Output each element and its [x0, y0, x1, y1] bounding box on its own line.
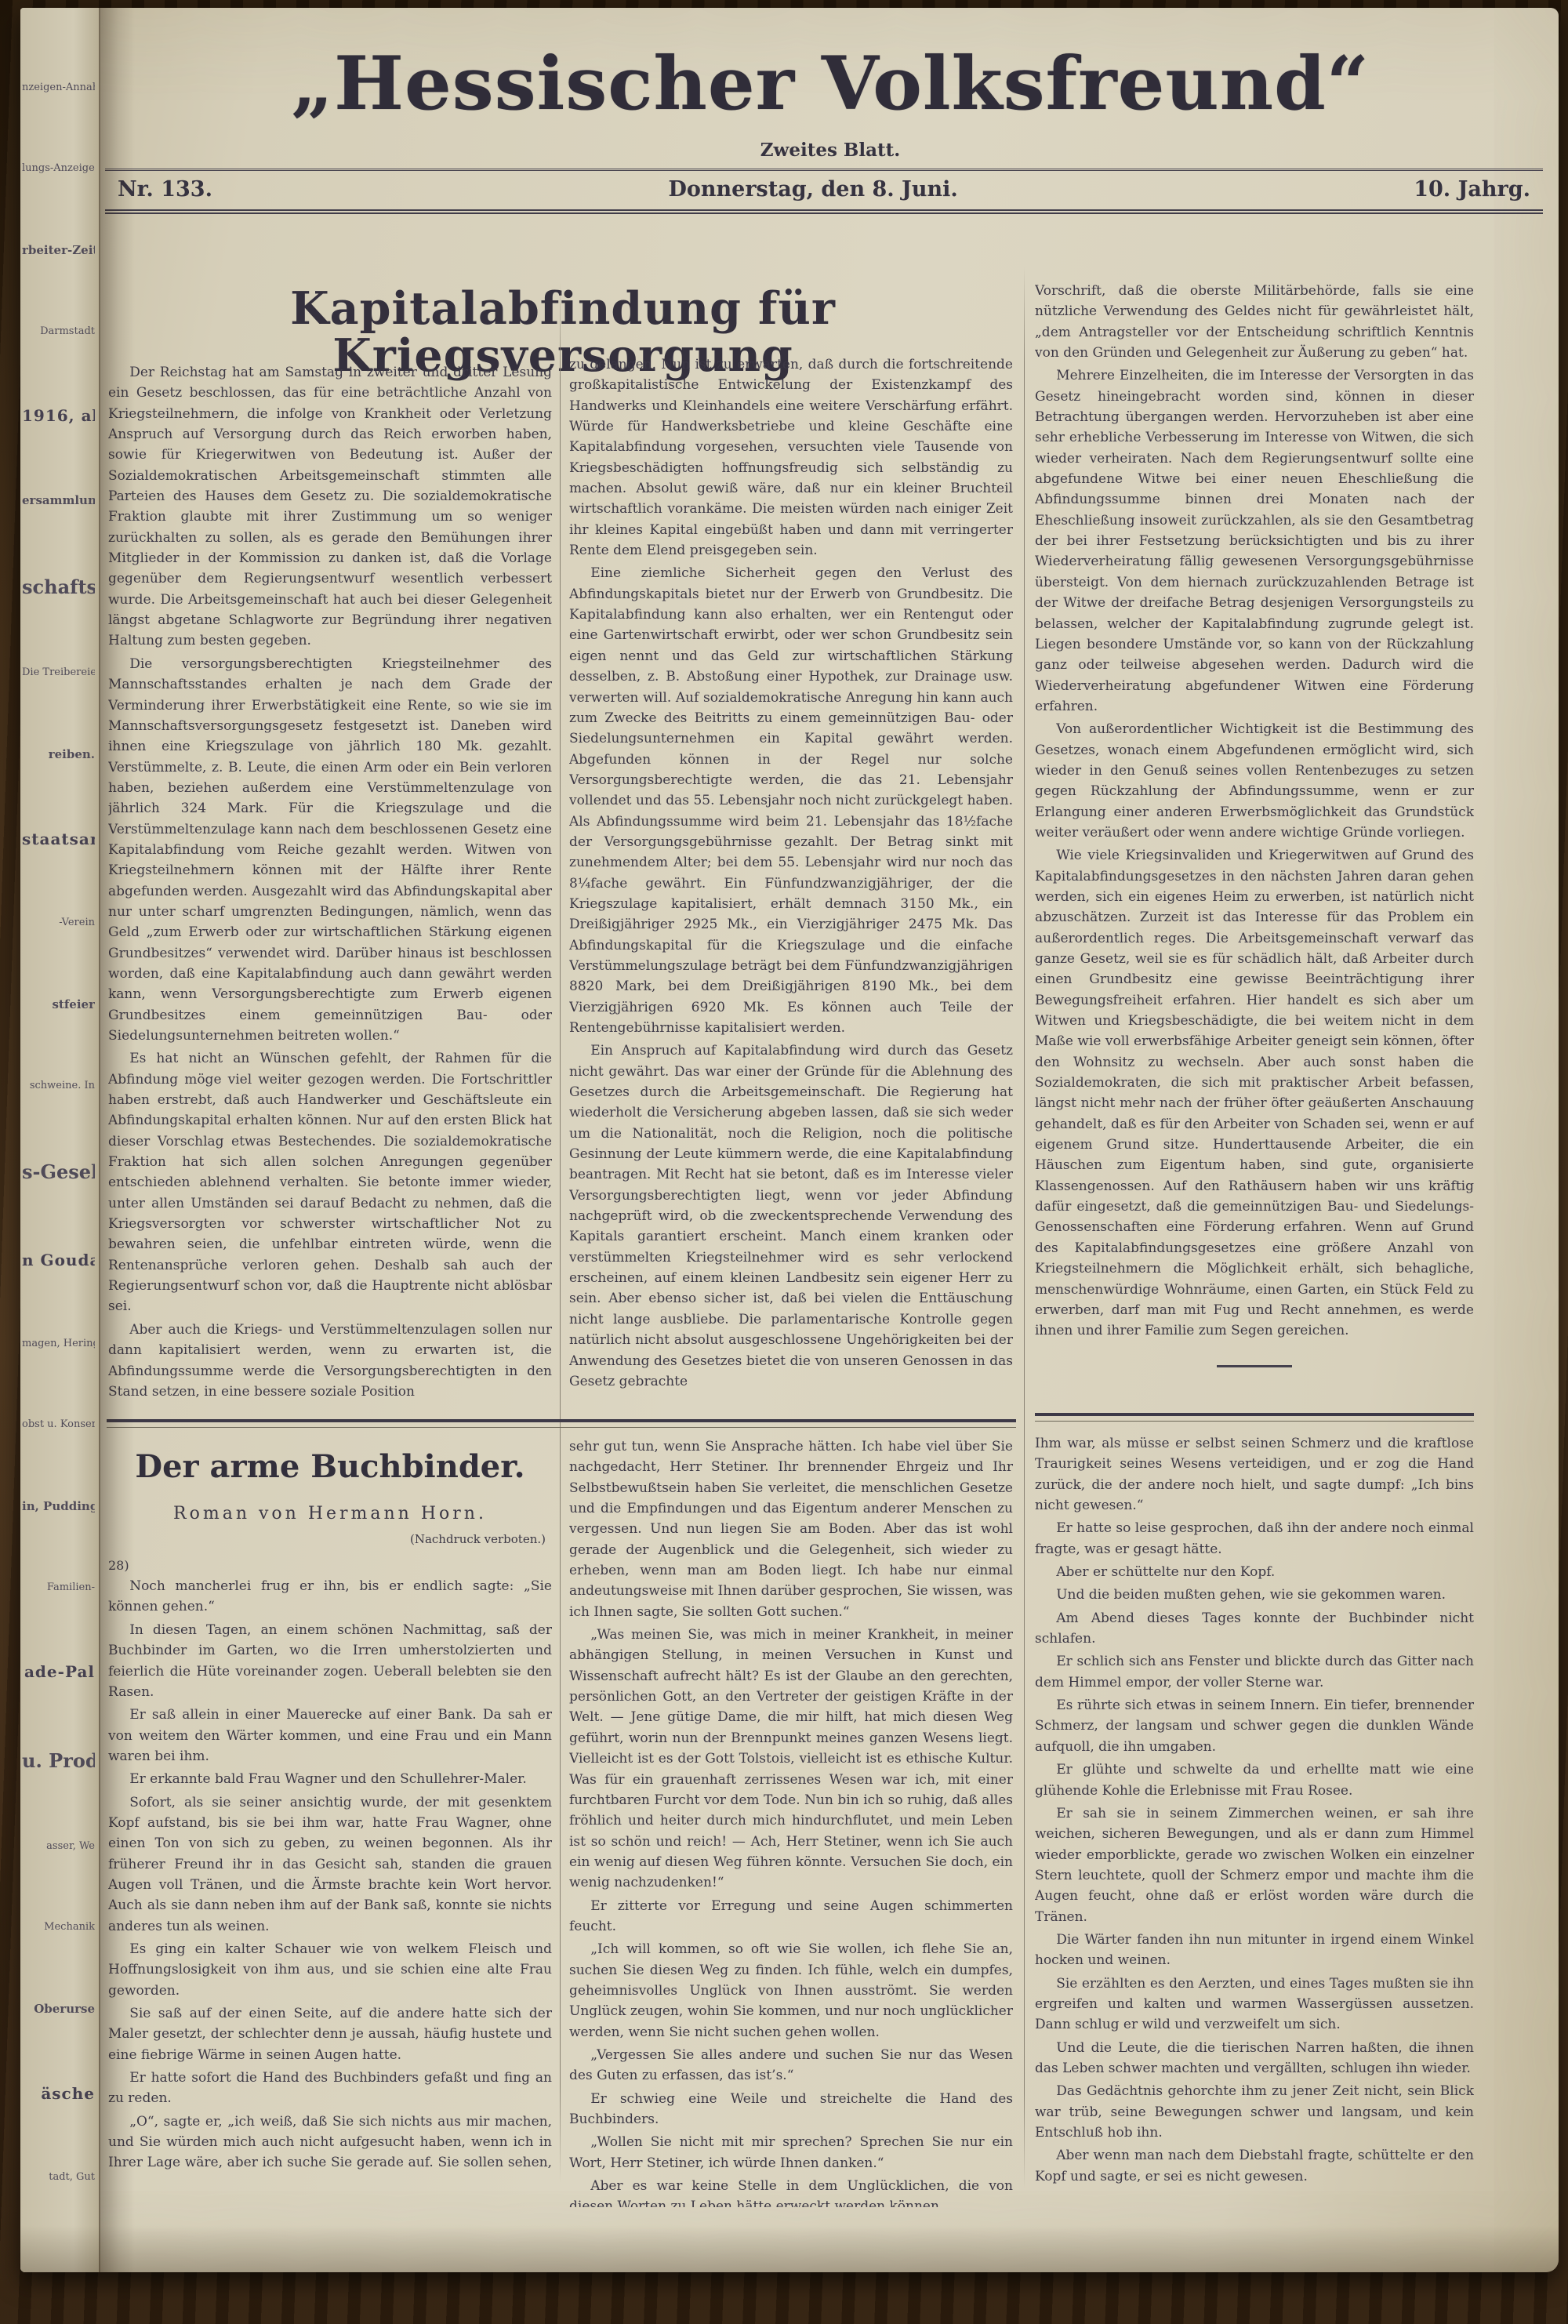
- newspaper-page: nzeigen-Annahmelungs-Anzeigerrbeiter-Zei…: [20, 8, 1559, 2272]
- neighbor-fragment: Oberurse: [22, 2003, 95, 2016]
- installment-number: 28): [108, 1556, 552, 1576]
- feuilleton-paragraph: sehr gut tun, wenn Sie Ansprache hätten.…: [569, 1436, 1013, 1622]
- neighbor-fragment: rbeiter-Zeit: [22, 244, 95, 257]
- feuilleton-paragraph: „Wollen Sie nicht mit mir sprechen? Spre…: [569, 2132, 1013, 2173]
- volume-label: 10. Jahrg.: [1414, 177, 1530, 202]
- neighbor-fragment: s-Gesellschaft: [22, 1161, 95, 1183]
- feuilleton-paragraph: Aber es war keine Stelle in dem Unglückl…: [569, 2176, 1013, 2207]
- feuilleton-separator-left: [107, 1419, 1016, 1428]
- neighbor-fragment: tadt, Gut: [22, 2172, 95, 2184]
- article-paragraph: Wie viele Kriegsinvaliden und Kriegerwit…: [1035, 845, 1474, 1341]
- adjacent-page-fragments: nzeigen-Annahmelungs-Anzeigerrbeiter-Zei…: [20, 8, 99, 2231]
- feuilleton-paragraph: Er hatte so leise gesprochen, daß ihn de…: [1035, 1518, 1474, 1560]
- page-content: „Hessischer Volksfreund“ Zweites Blatt. …: [102, 8, 1559, 2272]
- feuilleton-paragraph: Er glühte und schwelte da und erhellte m…: [1035, 1759, 1474, 1801]
- article-column-2: zu gelangen. Nun ist zu erwarten, daß du…: [569, 354, 1013, 1416]
- reprint-notice: (Nachdruck verboten.): [108, 1531, 546, 1549]
- feuilleton-paragraph: Die Wärter fanden ihn nun mitunter in ir…: [1035, 1930, 1474, 1971]
- neighbor-fragment: Die Treibereien: [22, 667, 95, 679]
- article-paragraph: Ein Anspruch auf Kapitalabfindung wird d…: [569, 1040, 1013, 1392]
- feuilleton-paragraph: „Vergessen Sie alles andere und suchen S…: [569, 2045, 1013, 2086]
- neighbor-fragment: schweine. In: [22, 1080, 95, 1092]
- continuation-notice: (Fortsetzung folgt.): [1035, 2196, 1474, 2200]
- neighbor-fragment: nzeigen-Annahme: [22, 82, 95, 94]
- neighbor-fragment: ersammlung: [22, 494, 95, 507]
- neighbor-fragment: Mechanik: [22, 1922, 95, 1934]
- column-rule-1: [560, 282, 561, 2183]
- feuilleton-column-1: Der arme Buchbinder. Roman von Hermann H…: [108, 1440, 552, 2171]
- article-end-rule: [1217, 1365, 1292, 1367]
- feuilleton-paragraph: Er zitterte vor Erregung und seine Augen…: [569, 1896, 1013, 1937]
- feuilleton-paragraph: Er hatte sofort die Hand des Buchbinders…: [108, 2068, 552, 2109]
- edition-label: Zweites Blatt.: [102, 140, 1559, 161]
- feuilleton-column-1-text: Noch mancherlei frug er ihn, bis er endl…: [108, 1576, 552, 2171]
- feuilleton-paragraph: Sofort, als sie seiner ansichtig wurde, …: [108, 1792, 552, 1937]
- feuilleton-paragraph: Und die beiden mußten gehen, wie sie gek…: [1035, 1585, 1474, 1605]
- feuilleton-paragraph: Aber er schüttelte nur den Kopf.: [1035, 1562, 1474, 1582]
- issue-number: Nr. 133.: [118, 177, 212, 202]
- article-paragraph: zu gelangen. Nun ist zu erwarten, daß du…: [569, 354, 1013, 561]
- feuilleton-paragraph: Noch mancherlei frug er ihn, bis er endl…: [108, 1576, 552, 1618]
- article-paragraph: Aber auch die Kriegs- und Verstümmeltenz…: [108, 1320, 552, 1402]
- neighbor-fragment: schaftshaus.: [22, 576, 95, 598]
- feuilleton-paragraph: Er schwieg eine Weile und streichelte di…: [569, 2089, 1013, 2130]
- feuilleton-paragraph: Und die Leute, die die tierischen Narren…: [1035, 2038, 1474, 2079]
- feuilleton-column-3-text: Ihm war, als müsse er selbst seinen Schm…: [1035, 1433, 1474, 2187]
- feuilleton-paragraph: Es rührte sich etwas in seinem Innern. E…: [1035, 1695, 1474, 1757]
- dateline-band: Nr. 133. Donnerstag, den 8. Juni. 10. Ja…: [105, 169, 1543, 214]
- article-paragraph: Eine ziemliche Sicherheit gegen den Verl…: [569, 563, 1013, 1038]
- newspaper-title: „Hessischer Volksfreund“: [102, 41, 1559, 127]
- article-paragraph: Die versorgungsberechtigten Kriegsteilne…: [108, 654, 552, 1047]
- feuilleton-paragraph: Am Abend dieses Tages konnte der Buchbin…: [1035, 1608, 1474, 1650]
- feuilleton-paragraph: Es ging ein kalter Schauer wie von welke…: [108, 1939, 552, 2001]
- article-paragraph: Von außerordentlicher Wichtigkeit ist di…: [1035, 719, 1474, 843]
- neighbor-fragment: Darmstadt: [22, 326, 95, 338]
- neighbor-fragment: staatsanwalt: [22, 830, 95, 848]
- feuilleton-column-2: sehr gut tun, wenn Sie Ansprache hätten.…: [569, 1436, 1013, 2207]
- feuilleton-paragraph: Sie saß auf der einen Seite, auf die and…: [108, 2003, 552, 2065]
- neighbor-fragment: lungs-Anzeiger: [22, 163, 95, 175]
- feuilleton-paragraph: Sie erzählten es den Aerzten, und eines …: [1035, 1974, 1474, 2035]
- neighbor-fragment: u. Prod.-Gen.: [22, 1750, 95, 1772]
- feuilleton-byline: Roman von Hermann Horn.: [108, 1501, 552, 1527]
- neighbor-fragment: reiben.: [22, 748, 95, 761]
- feuilleton-paragraph: „O“, sagte er, „ich weiß, daß Sie sich n…: [108, 2112, 552, 2171]
- neighbor-fragment: obst u. Konserven: [22, 1419, 95, 1431]
- feuilleton-paragraph: Das Gedächtnis gehorchte ihm zu jener Ze…: [1035, 2081, 1474, 2143]
- feuilleton-column-3: Ihm war, als müsse er selbst seinen Schm…: [1035, 1433, 1474, 2200]
- neighbor-fragment: -Verein: [22, 917, 95, 929]
- neighbor-fragment: Familien-: [22, 1582, 95, 1594]
- neighbor-fragment: stfeier: [22, 998, 95, 1011]
- neighbor-fragment: asser, We: [22, 1841, 95, 1853]
- feuilleton-paragraph: Aber wenn man nach dem Diebstahl fragte,…: [1035, 2145, 1474, 2187]
- neighbor-fragment: ade-Pal: [22, 1663, 95, 1681]
- feuilleton-separator-right: [1035, 1413, 1474, 1422]
- neighbor-fragment: äsche: [22, 2085, 95, 2103]
- feuilleton-paragraph: Er schlich sich ans Fenster und blickte …: [1035, 1651, 1474, 1693]
- feuilleton-paragraph: Er sah sie in seinem Zimmerchen weinen, …: [1035, 1803, 1474, 1927]
- neighbor-fragment: 1916, abends 8: [22, 407, 95, 425]
- feuilleton-paragraph: Er saß allein in einer Mauerecke auf ein…: [108, 1705, 552, 1767]
- article-column-1: Der Reichstag hat am Samstag in zweiter …: [108, 362, 552, 1414]
- article-paragraph: Vorschrift, daß die oberste Militärbehör…: [1035, 281, 1474, 363]
- feuilleton-paragraph: Er erkannte bald Frau Wagner und den Sch…: [108, 1769, 552, 1789]
- photograph-of-newspaper: { "masthead": { "title": "„Hessischer Vo…: [0, 0, 1568, 2324]
- article-paragraph: Der Reichstag hat am Samstag in zweiter …: [108, 362, 552, 652]
- column-rule-2: [1024, 267, 1025, 2189]
- issue-date: Donnerstag, den 8. Juni.: [668, 177, 957, 202]
- feuilleton-title: Der arme Buchbinder.: [108, 1443, 552, 1491]
- article-column-3: Vorschrift, daß die oberste Militärbehör…: [1035, 281, 1474, 1402]
- neighbor-fragment: n Gouda o. Edamer: [22, 1251, 95, 1269]
- neighbor-fragment: in, Pudding mit: [22, 1500, 95, 1513]
- neighbor-fragment: magen, Heringe: [22, 1338, 95, 1350]
- masthead: „Hessischer Volksfreund“ Zweites Blatt.: [102, 8, 1559, 161]
- feuilleton-paragraph: „Ich will kommen, so oft wie Sie wollen,…: [569, 1939, 1013, 2043]
- article-column-3-text: Vorschrift, daß die oberste Militärbehör…: [1035, 281, 1474, 1342]
- feuilleton-paragraph: Ihm war, als müsse er selbst seinen Schm…: [1035, 1433, 1474, 1516]
- feuilleton-paragraph: In diesen Tagen, an einem schönen Nachmi…: [108, 1620, 552, 1702]
- article-paragraph: Mehrere Einzelheiten, die im Interesse d…: [1035, 365, 1474, 717]
- feuilleton-paragraph: „Was meinen Sie, was mich in meiner Kran…: [569, 1625, 1013, 1893]
- article-paragraph: Es hat nicht an Wünschen gefehlt, der Ra…: [108, 1048, 552, 1316]
- adjacent-page-edge: nzeigen-Annahmelungs-Anzeigerrbeiter-Zei…: [20, 8, 100, 2272]
